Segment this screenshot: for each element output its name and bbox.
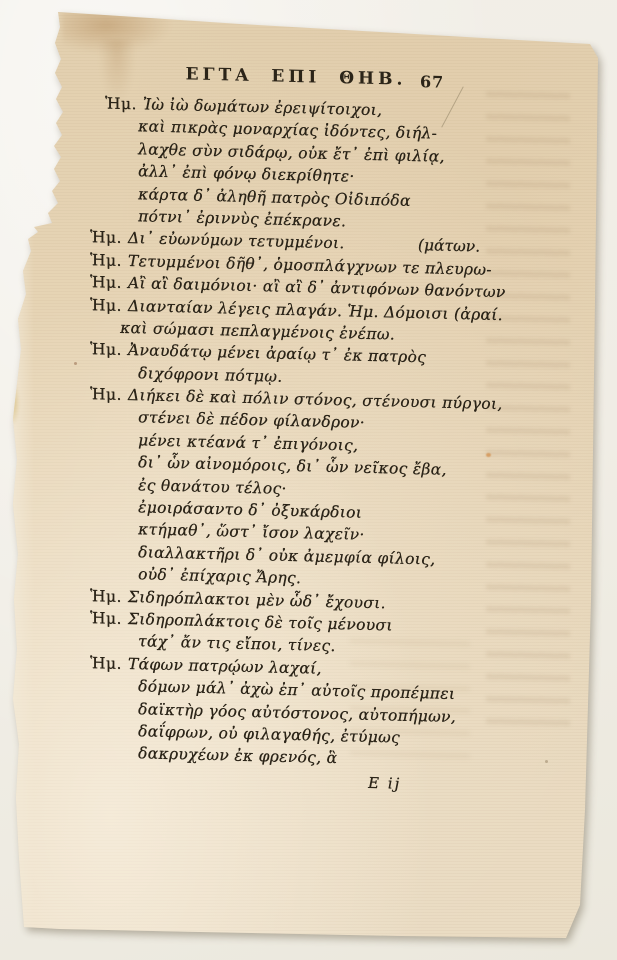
page-number: 67: [420, 72, 444, 92]
verse-text: διχόφρονι πότμῳ.: [138, 364, 282, 386]
speaker-label: Ἡμ.: [90, 296, 122, 315]
speaker-label: Ἡμ.: [90, 228, 122, 247]
verse-text: μένει κτέανά τ᾽ ἐπιγόνοις,: [138, 431, 358, 454]
verse-text: Δι᾽ εὐωνύμων τετυμμένοι.: [128, 229, 345, 252]
page-content: ΕΓΤΑ ΕΠΙ ΘΗΒ. 67 Ἡμ.Ἰὼ ἰὼ δωμάτων ἐρειψί…: [90, 62, 502, 795]
speaker-label: Ἡμ.: [90, 273, 122, 292]
paper-stain: [6, 380, 20, 426]
verse-text: δακρυχέων ἐκ φρενός, ἃ: [138, 745, 337, 768]
verse-lines: Ἡμ.Ἰὼ ἰὼ δωμάτων ἐρειψίτοιχοι,καὶ πικρὰς…: [90, 92, 502, 774]
running-head-title: ΕΓΤΑ ΕΠΙ ΘΗΒ.: [186, 64, 407, 89]
wrap-continuation: (μάτων.: [418, 234, 480, 258]
verse-text: ἐς θανάτου τέλος·: [138, 476, 287, 498]
speaker-label: Ἡμ.: [90, 654, 122, 673]
verse-text: στένει δὲ πέδον φίλανδρον·: [138, 409, 365, 433]
verse-text: Τάφων πατρῴων λαχαί,: [128, 655, 322, 678]
verse-text: κτήμαθ᾽, ὥστ᾽ ἴσον λαχεῖν·: [138, 521, 365, 545]
speaker-label: Ἡμ.: [105, 94, 137, 113]
paper-leaf: ΕΓΤΑ ΕΠΙ ΘΗΒ. 67 Ἡμ.Ἰὼ ἰὼ δωμάτων ἐρειψί…: [0, 0, 617, 960]
verse-text: τάχ᾽ ἄν τις εἴποι, τίνες.: [138, 633, 336, 656]
verse-text: οὐδ᾽ ἐπίχαρις Ἄρης.: [138, 565, 301, 587]
verse-text: ἐμοιράσαντο δ᾽ ὀξυκάρδιοι: [138, 498, 362, 521]
speaker-label: Ἡμ.: [90, 340, 122, 359]
paper-speck: [74, 362, 77, 365]
scanned-page-photo: ΕΓΤΑ ΕΠΙ ΘΗΒ. 67 Ἡμ.Ἰὼ ἰὼ δωμάτων ἐρειψί…: [0, 0, 617, 960]
verse-text: πότνι᾽ ἐριννὺς ἐπέκρανε.: [138, 207, 346, 230]
verse-text: Ἰὼ ἰὼ δωμάτων ἐρειψίτοιχοι,: [143, 95, 382, 119]
speaker-label: Ἡμ.: [90, 385, 122, 404]
speaker-label: Ἡμ.: [90, 587, 122, 606]
speaker-label: Ἡμ.: [90, 251, 122, 270]
speaker-label: Ἡμ.: [90, 609, 122, 628]
leaf-surface: ΕΓΤΑ ΕΠΙ ΘΗΒ. 67 Ἡμ.Ἰὼ ἰὼ δωμάτων ἐρειψί…: [0, 0, 617, 960]
paper-speck: [545, 760, 548, 763]
torn-edge-highlight: [0, 170, 34, 960]
verse-text: ἀλλ᾽ ἐπὶ φόνῳ διεκρίθητε·: [138, 162, 355, 185]
